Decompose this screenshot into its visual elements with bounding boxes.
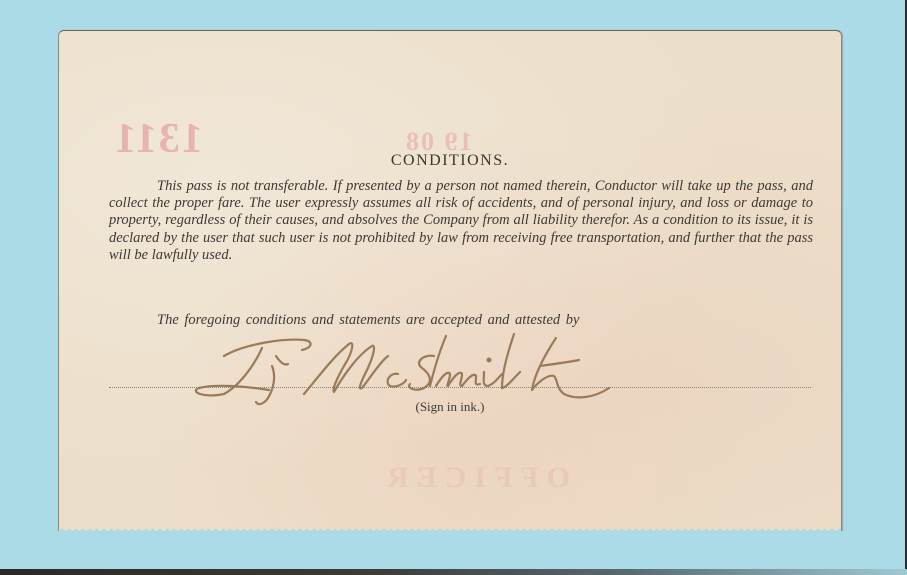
- conditions-paragraph: This pass is not transferable. If presen…: [109, 178, 813, 264]
- conditions-heading: CONDITIONS.: [59, 152, 841, 170]
- handwritten-signature: T. J. McSmith: [184, 326, 624, 406]
- sign-in-ink-caption: (Sign in ink.): [59, 399, 841, 415]
- perforated-edge: [59, 528, 841, 534]
- show-through-bottom-mark: OFFICER: [379, 461, 570, 495]
- scan-edge-bottom: [0, 569, 907, 575]
- railroad-pass-card: 1311 19 08 OFFICER CONDITIONS. This pass…: [58, 30, 842, 531]
- signature-ink-icon: [184, 326, 624, 406]
